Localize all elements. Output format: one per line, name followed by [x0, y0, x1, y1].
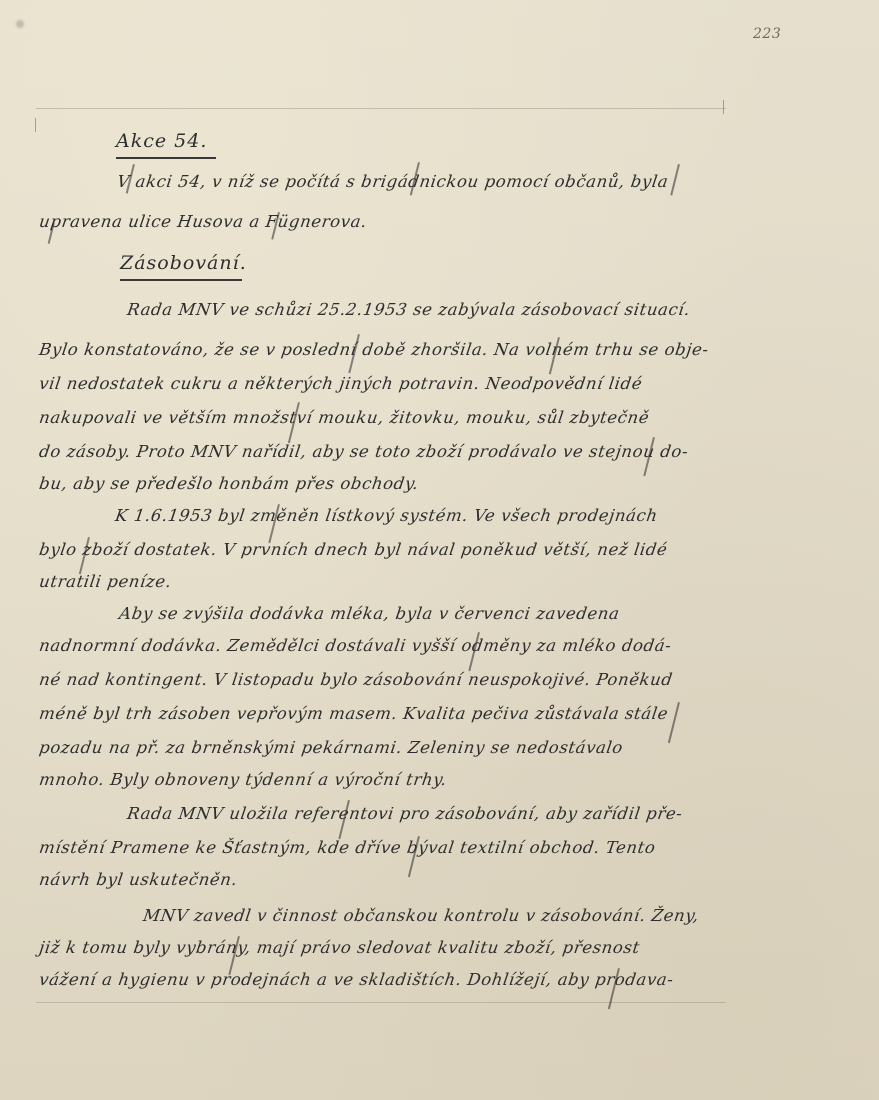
text-line: mnoho. Byly obnoveny týdenní a výroční t…: [38, 770, 448, 789]
text-line: méně byl trh zásoben vepřovým masem. Kva…: [38, 704, 669, 723]
text-line: vil nedostatek cukru a některých jiných …: [38, 374, 644, 393]
text-line: pozadu na př. za brněnskými pekárnami. Z…: [38, 738, 624, 757]
text-line: nakupovali ve větším množství mouku, žit…: [38, 408, 651, 427]
text-line: vážení a hygienu v prodejnách a ve sklad…: [38, 970, 675, 989]
text-line: Rada MNV ve schůzi 25.2.1953 se zabývala…: [126, 300, 692, 319]
text-line: Aby se zvýšila dodávka mléka, byla v čer…: [118, 604, 621, 623]
paper-stain: [16, 20, 24, 28]
section-heading-zasobovani: Zásobování.: [120, 252, 242, 281]
text-line: Bylo konstatováno, že se v poslední době…: [38, 340, 710, 359]
text-line: K 1.6.1953 byl změněn lístkový systém. V…: [114, 506, 659, 525]
text-line: do zásoby. Proto MNV nařídil, aby se tot…: [38, 442, 690, 461]
text-line: V akci 54, v níž se počítá s brigádnicko…: [116, 172, 670, 191]
text-line: bylo zboží dostatek. V prvních dnech byl…: [38, 540, 669, 559]
text-line: utratili peníze.: [38, 572, 173, 591]
text-line: né nad kontingent. V listopadu bylo záso…: [38, 670, 674, 689]
text-line: místění Pramene ke Šťastným, kde dříve b…: [38, 838, 657, 857]
frame-corner-mark-right: [723, 100, 724, 114]
text-line: upravena ulice Husova a Fügnerova.: [38, 212, 368, 231]
text-line: již k tomu byly vybrány, mají právo sled…: [38, 938, 641, 957]
text-line: MNV zavedl v činnost občanskou kontrolu …: [142, 906, 700, 925]
text-line: bu, aby se předešlo honbám přes obchody.: [38, 474, 420, 493]
section-heading-akce: Akce 54.: [116, 130, 216, 159]
page-number: 223: [753, 26, 781, 42]
text-line: nadnormní dodávka. Zemědělci dostávali v…: [38, 636, 673, 655]
frame-corner-mark-left: [35, 118, 36, 132]
text-line: Rada MNV uložila referentovi pro zásobov…: [126, 804, 684, 823]
text-line: návrh byl uskutečněn.: [38, 870, 239, 889]
